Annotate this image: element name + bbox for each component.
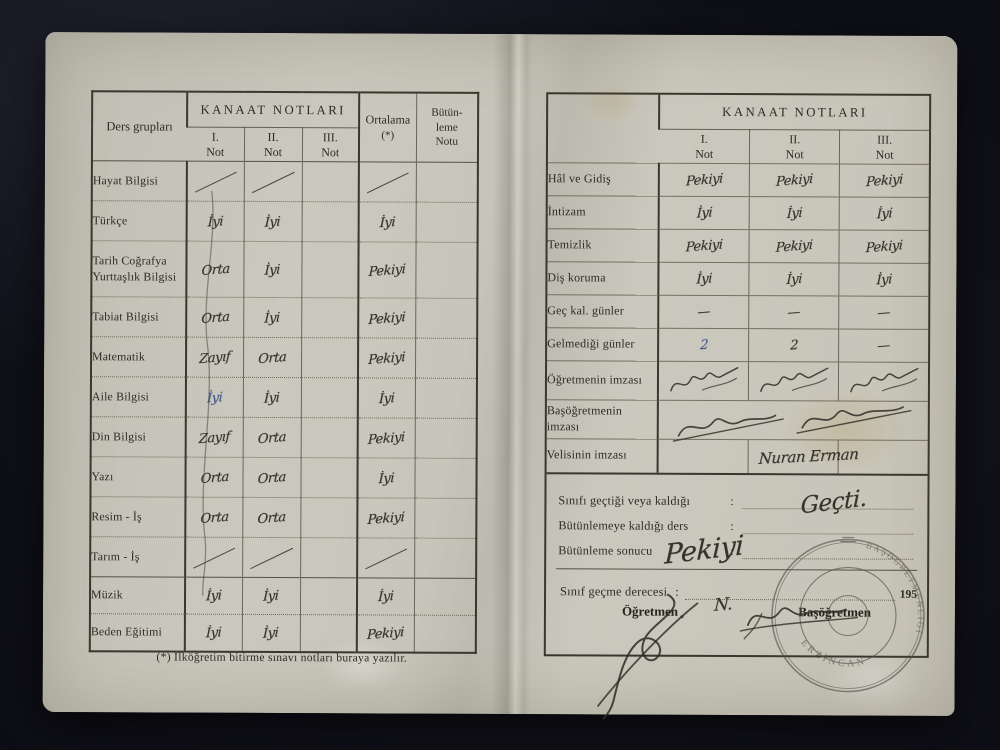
handwritten-grade: 2 bbox=[700, 338, 708, 354]
handwritten-grade: Pekiyi bbox=[776, 172, 813, 190]
grade-cell bbox=[359, 162, 416, 202]
handwritten-grade: İyi bbox=[696, 271, 712, 287]
grade-cell: İyi bbox=[242, 577, 300, 614]
note-col-header-2: II. Not bbox=[750, 130, 840, 164]
note-col-num: III. bbox=[302, 130, 358, 145]
handwritten-grade: Pekiyi bbox=[866, 172, 903, 190]
conduct-grade-cell bbox=[749, 362, 839, 401]
conduct-label: Diş koruma bbox=[547, 262, 659, 295]
grade-cell bbox=[414, 538, 476, 578]
handwritten-grade: Orta bbox=[201, 309, 230, 326]
slash-mark bbox=[360, 168, 416, 196]
handwritten-grade: 2 bbox=[790, 338, 798, 354]
grade-cell bbox=[301, 242, 358, 298]
grade-cell: Zayıf bbox=[186, 337, 243, 377]
report-card: Ders grupları KANAAT NOTLARI Ortalama (*… bbox=[43, 32, 958, 716]
conduct-grade-cell: Pekiyi bbox=[749, 164, 839, 197]
status-label: Sınıfı geçtiği veya kaldığı bbox=[558, 493, 730, 509]
subject-label: Resim - İş bbox=[90, 497, 185, 537]
handwritten-grade: Orta bbox=[258, 349, 287, 366]
signature-span-cell bbox=[658, 400, 928, 440]
grade-cell: İyi bbox=[244, 201, 302, 241]
handwritten-grade: Orta bbox=[201, 261, 230, 278]
grade-cell: Orta bbox=[186, 297, 243, 337]
teacher-signature bbox=[589, 582, 720, 723]
conduct-row: Öğretmenin imzası bbox=[547, 361, 928, 402]
handwritten-grade: İyi bbox=[786, 272, 802, 288]
handwritten-grade: — bbox=[697, 304, 710, 320]
subject-label: Müzik bbox=[90, 577, 185, 614]
grade-cell: Orta bbox=[242, 457, 300, 497]
conduct-grade-cell: 2 bbox=[659, 328, 749, 361]
photo-background: { "photo": { "background": "#0b0b12", "p… bbox=[0, 0, 1000, 750]
handwritten-grade: İyi bbox=[379, 390, 395, 406]
note-col-word: Not bbox=[840, 147, 929, 162]
note-col-header-3: III. Not bbox=[302, 128, 359, 162]
handwritten-grade: İyi bbox=[786, 206, 802, 222]
headteacher-signature-scribble bbox=[734, 595, 864, 642]
makeup-header: Bütün- leme Notu bbox=[416, 93, 478, 163]
group-header: KANAAT NOTLARI bbox=[660, 95, 930, 131]
subject-label: Tarım - İş bbox=[90, 537, 185, 577]
grade-cell: Pekiyi bbox=[357, 498, 414, 538]
footnote: (*) İlköğretim bitirme sınavı notları bu… bbox=[83, 650, 481, 665]
handwritten-grade: İyi bbox=[264, 262, 280, 278]
right-conduct-table: KANAAT NOTLARI I. Not II. Not III. bbox=[547, 94, 930, 473]
grade-cell: Orta bbox=[243, 337, 301, 377]
handwritten-grade: İyi bbox=[378, 470, 394, 486]
subject-row: Müzikİyiİyiİyi bbox=[90, 577, 476, 616]
corner-header: Ders grupları bbox=[92, 91, 187, 161]
handwritten-grade: Pekiyi bbox=[367, 625, 404, 643]
subject-label: Hayat Bilgisi bbox=[92, 161, 187, 201]
teacher-signature-scribble bbox=[843, 363, 924, 400]
teacher-signature-scribble bbox=[753, 363, 834, 400]
grade-cell: Orta bbox=[243, 417, 301, 457]
subject-label: Yazı bbox=[90, 457, 185, 497]
left-grades-table: Ders grupları KANAAT NOTLARI Ortalama (*… bbox=[89, 90, 479, 653]
conduct-grade-cell: 2 bbox=[749, 329, 839, 362]
handwritten-grade: İyi bbox=[263, 625, 279, 641]
grade-cell: Pekiyi bbox=[358, 242, 415, 298]
subject-row: Resim - İşOrtaOrtaPekiyi bbox=[90, 497, 476, 539]
slash-mark bbox=[188, 167, 244, 195]
conduct-label: Velisinin imzası bbox=[547, 439, 659, 472]
grade-cell bbox=[301, 378, 358, 418]
grade-cell bbox=[414, 498, 476, 538]
conduct-row: Velisinin imzasıNuran Erman bbox=[547, 439, 928, 474]
conduct-grade-cell bbox=[838, 440, 927, 473]
grade-cell bbox=[416, 162, 478, 202]
subject-label: Aile Bilgisi bbox=[91, 377, 186, 417]
conduct-grade-cell: İyi bbox=[749, 263, 839, 296]
conduct-row: TemizlikPekiyiPekiyiPekiyi bbox=[547, 229, 928, 264]
handwritten-grade: — bbox=[877, 305, 890, 321]
subject-row: Hayat Bilgisi bbox=[92, 161, 478, 203]
handwritten-grade: Pekiyi bbox=[776, 238, 813, 256]
handwritten-grade: Pekiyi bbox=[686, 171, 723, 189]
slash-mark bbox=[243, 543, 300, 571]
grade-cell bbox=[302, 202, 359, 242]
conduct-grade-cell: İyi bbox=[659, 196, 749, 229]
subject-row: YazıOrtaOrtaİyi bbox=[90, 457, 476, 499]
note-col-header-2: II. Not bbox=[244, 127, 302, 161]
grade-cell bbox=[300, 578, 357, 615]
makeup-header-line: Notu bbox=[416, 135, 477, 150]
teacher-signature-scribble bbox=[663, 362, 744, 399]
conduct-grade-cell: — bbox=[839, 296, 928, 329]
grade-cell: İyi bbox=[359, 202, 416, 242]
conduct-grade-cell bbox=[658, 439, 748, 472]
grade-cell bbox=[414, 578, 476, 615]
grade-cell: Pekiyi bbox=[358, 418, 415, 458]
grade-cell bbox=[300, 615, 357, 652]
conduct-grade-cell: Nuran Erman bbox=[748, 440, 838, 473]
handwritten-grade: Pekiyi bbox=[686, 237, 723, 255]
grade-cell bbox=[300, 498, 357, 538]
subject-row: Tabiat BilgisiOrtaİyiPekiyi bbox=[91, 297, 477, 339]
grade-cell: İyi bbox=[242, 614, 300, 651]
conduct-grade-cell: Pekiyi bbox=[840, 164, 929, 197]
handwritten-grade: — bbox=[787, 305, 800, 321]
handwritten-grade: Zayıf bbox=[199, 349, 231, 367]
note-col-word: Not bbox=[659, 146, 749, 161]
grade-cell bbox=[357, 538, 414, 578]
conduct-grade-cell: İyi bbox=[839, 197, 928, 230]
grade-cell: İyi bbox=[358, 378, 415, 418]
conduct-row: Başöğretmenin imzası bbox=[547, 400, 928, 441]
grade-cell: İyi bbox=[243, 377, 301, 417]
status-line: Sınıfı geçtiği veya kaldığı : Geçti. bbox=[558, 483, 913, 510]
subject-label: Beden Eğitimi bbox=[90, 614, 185, 651]
grade-cell: İyi bbox=[357, 458, 414, 498]
slash-mark bbox=[186, 543, 242, 571]
handwritten-grade: İyi bbox=[265, 214, 281, 230]
grade-cell bbox=[415, 418, 477, 458]
handwritten-grade: Orta bbox=[257, 509, 286, 526]
grade-cell bbox=[415, 378, 477, 418]
grade-cell bbox=[301, 298, 358, 338]
handwritten-grade: İyi bbox=[207, 390, 223, 406]
grade-cell: Zayıf bbox=[186, 417, 243, 457]
conduct-label: İntizam bbox=[548, 196, 660, 229]
subject-row: Beden EğitimiİyiİyiPekiyi bbox=[90, 614, 476, 653]
average-header-mark: (*) bbox=[360, 128, 416, 144]
grade-cell: Orta bbox=[185, 497, 242, 537]
grade-cell bbox=[185, 537, 242, 577]
note-col-num: II. bbox=[750, 132, 839, 147]
handwritten-grade: — bbox=[877, 338, 890, 354]
conduct-grade-cell: Pekiyi bbox=[659, 229, 749, 262]
note-col-num: I. bbox=[187, 129, 244, 144]
handwritten-grade: İyi bbox=[207, 214, 223, 230]
grade-cell: İyi bbox=[187, 201, 244, 241]
handwritten-grade: Pekiyi bbox=[367, 509, 404, 527]
grade-cell bbox=[242, 537, 300, 577]
conduct-grade-cell: İyi bbox=[839, 263, 928, 296]
center-fold bbox=[491, 34, 534, 714]
handwritten-grade: Pekiyi bbox=[368, 429, 405, 447]
conduct-row: Gelmediği günler22— bbox=[547, 328, 928, 363]
grade-cell: Orta bbox=[186, 241, 243, 297]
note-col-word: Not bbox=[187, 144, 244, 159]
note-col-word: Not bbox=[302, 145, 358, 160]
right-page-box: KANAAT NOTLARI I. Not II. Not III. bbox=[544, 92, 931, 658]
handwritten-grade: İyi bbox=[264, 390, 280, 406]
group-header: KANAAT NOTLARI bbox=[187, 92, 359, 128]
handwritten-grade: İyi bbox=[379, 214, 395, 230]
subject-label: Türkçe bbox=[92, 201, 187, 241]
grade-cell: Orta bbox=[242, 497, 300, 537]
conduct-row: Geç kal. günler——— bbox=[547, 295, 928, 330]
subject-label: Tabiat Bilgisi bbox=[91, 297, 186, 337]
handwritten-grade: Orta bbox=[257, 429, 286, 446]
note-col-num: III. bbox=[840, 132, 929, 147]
conduct-label: Temizlik bbox=[547, 229, 659, 262]
signature-cell bbox=[839, 367, 928, 395]
grade-cell: İyi bbox=[186, 377, 243, 417]
conduct-row: İntizamİyiİyiİyi bbox=[548, 196, 929, 231]
status-label: Bütünlemeye kaldığı ders bbox=[558, 518, 730, 534]
grade-cell bbox=[300, 458, 357, 498]
conduct-grade-cell: Pekiyi bbox=[749, 230, 839, 263]
conduct-grade-cell: İyi bbox=[749, 197, 839, 230]
note-col-num: II. bbox=[244, 129, 301, 144]
conduct-grade-cell: Pekiyi bbox=[839, 230, 928, 263]
slash-mark bbox=[358, 544, 414, 572]
grade-cell bbox=[300, 538, 357, 578]
signature-cell bbox=[749, 367, 838, 395]
note-col-num: I. bbox=[659, 131, 749, 146]
headteacher-initial: N. bbox=[714, 594, 733, 616]
svg-text:ERZİNCAN: ERZİNCAN bbox=[798, 637, 868, 669]
grade-cell: İyi bbox=[185, 614, 242, 651]
conduct-grade-cell bbox=[658, 361, 748, 400]
conduct-label: Başöğretmenin imzası bbox=[547, 400, 659, 439]
conduct-grade-cell: — bbox=[839, 329, 928, 362]
corner-header-empty bbox=[548, 94, 660, 163]
grade-cell: İyi bbox=[185, 577, 242, 614]
conduct-label: Gelmediği günler bbox=[547, 328, 659, 361]
conduct-grade-cell: — bbox=[749, 296, 839, 329]
grade-cell: İyi bbox=[243, 297, 301, 337]
handwritten-grade: Orta bbox=[257, 469, 286, 486]
average-header-word: Ortalama bbox=[360, 111, 416, 128]
handwritten-grade: Orta bbox=[200, 509, 229, 526]
grade-cell bbox=[416, 202, 478, 242]
subject-label: Din Bilgisi bbox=[91, 417, 186, 457]
handwritten-grade: İyi bbox=[206, 625, 222, 641]
handwritten-grade: Pekiyi bbox=[865, 238, 902, 256]
grade-cell: Pekiyi bbox=[358, 298, 415, 338]
makeup-header-line: leme bbox=[417, 120, 478, 135]
grade-cell: Pekiyi bbox=[358, 338, 415, 378]
handwritten-grade: Zayıf bbox=[199, 429, 231, 447]
grade-cell bbox=[415, 242, 477, 298]
grade-cell bbox=[187, 161, 244, 201]
subject-label: Matematik bbox=[91, 337, 186, 377]
handwritten-grade: İyi bbox=[206, 588, 222, 604]
note-col-word: Not bbox=[750, 147, 839, 162]
headteacher-signature: N. bbox=[714, 595, 865, 642]
handwritten-grade: İyi bbox=[263, 588, 279, 604]
note-col-header-1: I. Not bbox=[187, 127, 244, 161]
grade-cell bbox=[302, 162, 359, 202]
average-header: Ortalama (*) bbox=[359, 92, 416, 162]
subject-row: Aile Bilgisiİyiİyiİyi bbox=[91, 377, 477, 419]
signature-cell bbox=[659, 367, 748, 395]
conduct-row: Diş korumaİyiİyiİyi bbox=[547, 262, 928, 297]
grade-cell: İyi bbox=[357, 578, 414, 615]
handwritten-grade: Pekiyi bbox=[368, 261, 405, 279]
subject-row: Tarih Coğrafya Yurttaşlık BilgisiOrtaİyi… bbox=[91, 241, 477, 299]
note-col-header-1: I. Not bbox=[659, 129, 749, 163]
conduct-grade-cell: İyi bbox=[659, 262, 749, 295]
conduct-grade-cell: Pekiyi bbox=[659, 163, 749, 196]
conduct-label: Hâl ve Gidiş bbox=[548, 163, 660, 196]
grade-cell: Orta bbox=[185, 457, 242, 497]
grade-cell bbox=[414, 458, 476, 498]
subject-label: Tarih Coğrafya Yurttaşlık Bilgisi bbox=[91, 241, 186, 297]
grade-cell: Pekiyi bbox=[357, 615, 414, 652]
conduct-label: Öğretmenin imzası bbox=[547, 361, 659, 400]
conduct-row: Hâl ve GidişPekiyiPekiyiPekiyi bbox=[548, 163, 929, 198]
subject-row: Din BilgisiZayıfOrtaPekiyi bbox=[91, 417, 477, 459]
conduct-grade-cell: — bbox=[659, 295, 749, 328]
fill-in-line: Geçti. bbox=[742, 483, 913, 510]
handwritten-grade: İyi bbox=[876, 272, 892, 288]
conduct-label: Geç kal. günler bbox=[547, 295, 659, 328]
subject-row: Türkçeİyiİyiİyi bbox=[92, 201, 478, 243]
subject-row: MatematikZayıfOrtaPekiyi bbox=[91, 337, 477, 379]
note-col-header-3: III. Not bbox=[840, 130, 929, 164]
note-col-word: Not bbox=[244, 144, 301, 159]
grade-cell bbox=[415, 338, 477, 378]
handwritten-grade: İyi bbox=[696, 205, 712, 221]
grade-cell: İyi bbox=[243, 241, 301, 297]
colon: : bbox=[730, 494, 742, 509]
handwritten-grade: İyi bbox=[876, 206, 892, 222]
grade-cell bbox=[301, 338, 358, 378]
handwritten-grade: Pekiyi bbox=[368, 309, 405, 327]
subject-row: Tarım - İş bbox=[90, 537, 476, 579]
grade-cell bbox=[301, 418, 358, 458]
handwritten-grade: Orta bbox=[200, 469, 229, 486]
grade-cell bbox=[244, 161, 302, 201]
handwritten-grade: Pekiyi bbox=[368, 349, 405, 367]
slash-mark bbox=[244, 167, 301, 195]
grade-cell bbox=[414, 615, 476, 652]
makeup-header-line: Bütün- bbox=[417, 106, 478, 121]
grade-cell bbox=[415, 298, 477, 338]
handwritten-grade: İyi bbox=[378, 589, 394, 605]
handwritten-grade: İyi bbox=[264, 310, 280, 326]
